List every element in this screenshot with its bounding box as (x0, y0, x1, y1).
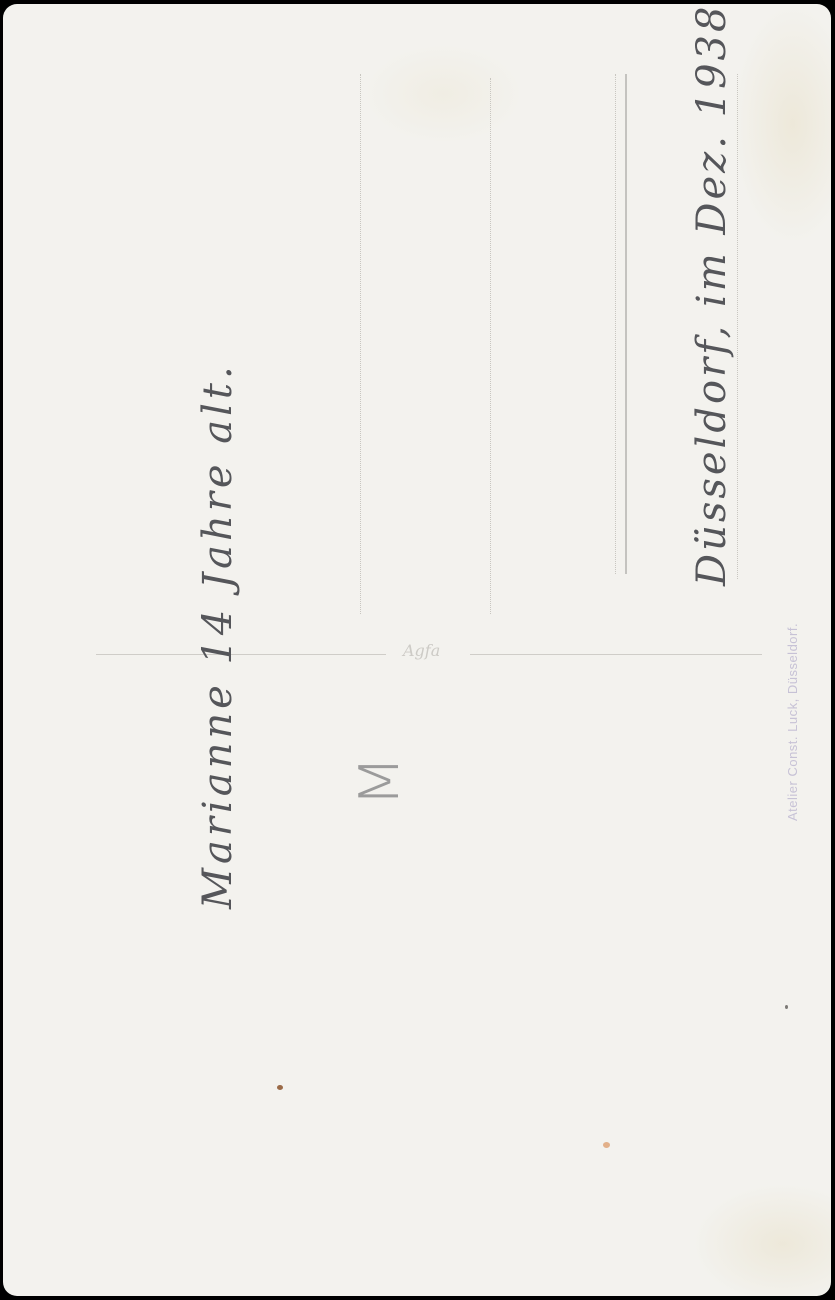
address-line-4 (737, 74, 738, 579)
divider-left (96, 654, 386, 655)
pencil-mark: M (348, 741, 395, 810)
address-line-2 (490, 78, 491, 614)
studio-stamp: Atelier Const. Luck, Düsseldorf. (785, 623, 800, 821)
address-solid-line (625, 74, 627, 574)
agfa-logo: Agfa (403, 641, 440, 660)
postcard-back: Agfa Marianne 14 Jahre alt. Düsseldorf, … (3, 4, 831, 1296)
handwritten-caption-place-date: Düsseldorf, im Dez. 1938. (689, 4, 735, 586)
address-line-1 (360, 74, 361, 614)
foxing-spot (785, 1005, 788, 1009)
divider-right (470, 654, 762, 655)
handwritten-caption-name-age: Marianne 14 Jahre alt. (195, 362, 241, 909)
foxing-spot (277, 1085, 283, 1090)
address-line-3 (615, 74, 616, 574)
foxing-spot (603, 1142, 610, 1148)
pencil-mark-text: M (348, 756, 411, 807)
